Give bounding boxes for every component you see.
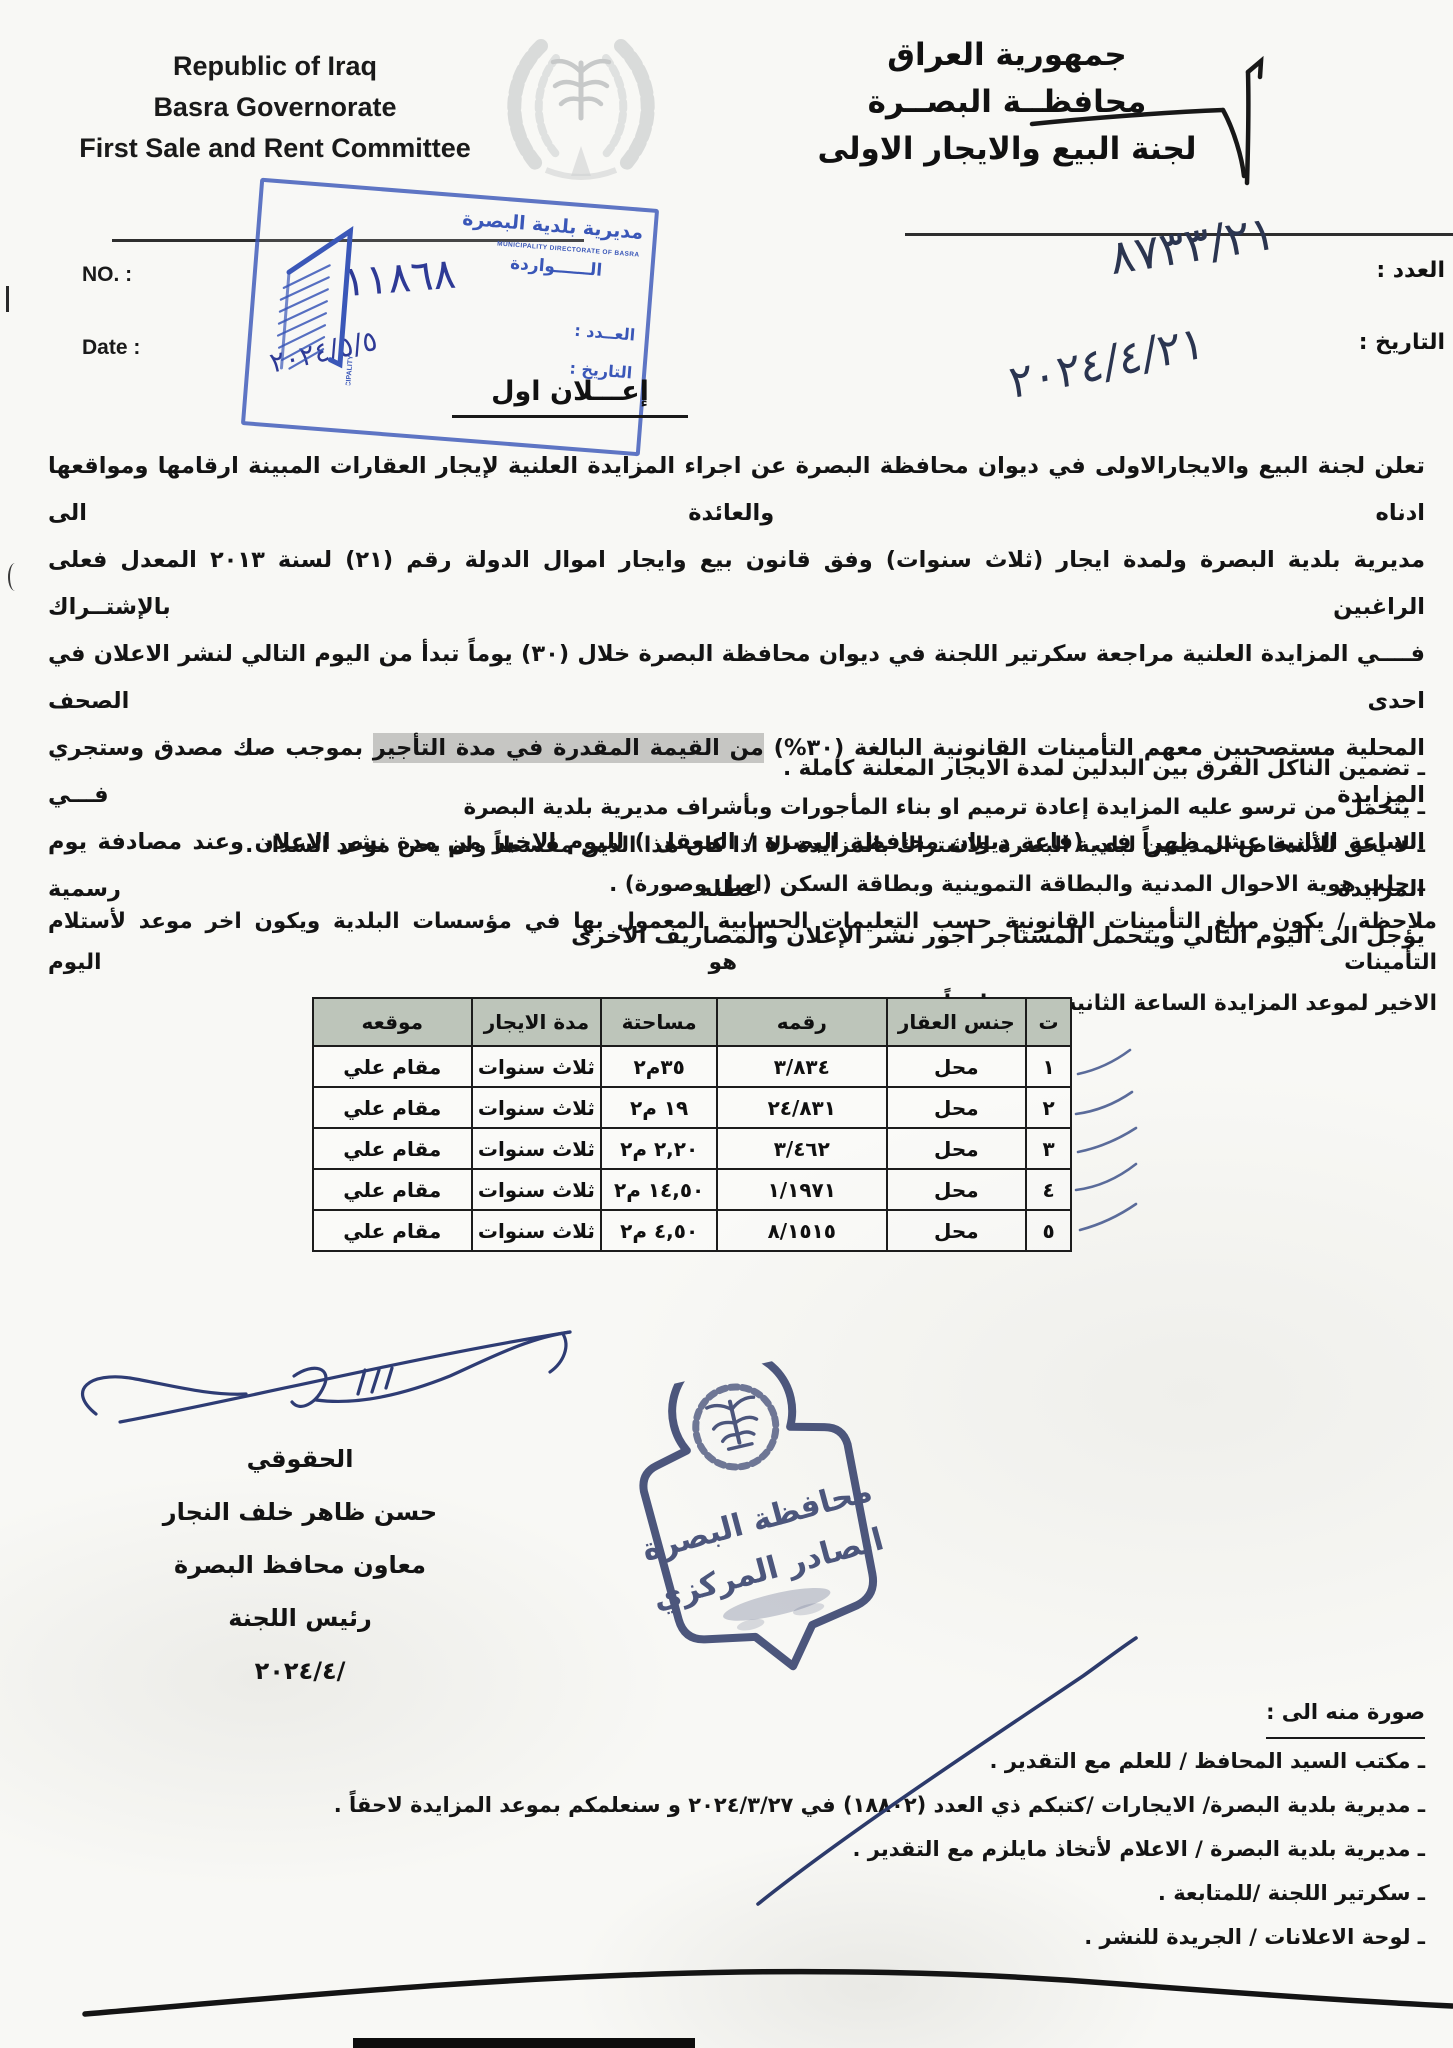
col-header-no: ت — [1026, 998, 1071, 1046]
table-row: ٣ محل ٣/٤٦٢ ٢,٢٠ م٢ ثلاث سنوات مقام علي — [313, 1128, 1071, 1169]
signatory-title: الحقوقي — [130, 1433, 470, 1486]
cell-location: مقام علي — [313, 1169, 472, 1210]
header-en-line2: Basra Governorate — [70, 87, 480, 128]
cell-area: ١٩ م٢ — [601, 1087, 717, 1128]
cell-area: ٤,٥٠ م٢ — [601, 1210, 717, 1251]
cell-no: ٤ — [1026, 1169, 1071, 1210]
cell-area: ٣٥م٢ — [601, 1046, 717, 1087]
handwritten-document-number: ٨٧٣٣/٢١ — [1106, 185, 1411, 286]
distribution-title: صورة منه الى : — [1266, 1690, 1425, 1739]
municipality-logo-icon: BASRA MUNICIPALITY — [259, 209, 390, 388]
cell-number: ٨/١٥١٥ — [717, 1210, 886, 1251]
no-label: NO. : — [82, 263, 132, 287]
municipality-logo-side-text: BASRA MUNICIPALITY — [342, 355, 355, 388]
pen-scribble-mark — [1020, 50, 1270, 200]
scan-artifact-strip — [353, 2038, 695, 2048]
cell-number: ٣/٨٣٤ — [717, 1046, 886, 1087]
scanned-document-page: Republic of Iraq Basra Governorate First… — [0, 0, 1453, 2048]
conditions-list: ـ تضمين الناكل الفرق بين البدلين لمدة ال… — [48, 750, 1425, 904]
col-header-type: جنس العقار — [887, 998, 1027, 1046]
cell-no: ٥ — [1026, 1210, 1071, 1251]
condition-item-3: ـ لا يحق للأشخاص المدينين لبلدية البصرة … — [48, 827, 1425, 866]
body-line-1: تعلن لجنة البيع والايجارالاولى في ديوان … — [48, 443, 1425, 537]
cell-type: محل — [887, 1128, 1027, 1169]
condition-item-1: ـ تضمين الناكل الفرق بين البدلين لمدة ال… — [48, 750, 1425, 789]
cell-duration: ثلاث سنوات — [472, 1087, 602, 1128]
cell-type: محل — [887, 1087, 1027, 1128]
table-row: ٥ محل ٨/١٥١٥ ٤,٥٠ م٢ ثلاث سنوات مقام علي — [313, 1210, 1071, 1251]
properties-table: ت جنس العقار رقمه مساحتة مدة الايجار موق… — [312, 997, 1072, 1252]
cell-type: محل — [887, 1210, 1027, 1251]
cell-location: مقام علي — [313, 1128, 472, 1169]
handwritten-date: ٢٠٢٤/٤/٢١ — [1006, 280, 1373, 410]
col-header-location: موقعه — [313, 998, 472, 1046]
cell-duration: ثلاث سنوات — [472, 1210, 602, 1251]
cell-area: ١٤,٥٠ م٢ — [601, 1169, 717, 1210]
iraq-emblem-watermark-icon — [486, 28, 676, 193]
cell-number: ٣/٤٦٢ — [717, 1128, 886, 1169]
cell-no: ٢ — [1026, 1087, 1071, 1128]
col-header-area: مساحتة — [601, 998, 717, 1046]
signatory-name: حسن ظاهر خلف النجار — [130, 1486, 470, 1539]
condition-item-4: ـ جلب هوية الاحوال المدنية والبطاقة التم… — [48, 866, 1425, 905]
header-en-line1: Republic of Iraq — [70, 46, 480, 87]
signatory-role-2: رئيس اللجنة — [130, 1592, 470, 1645]
cell-location: مقام علي — [313, 1087, 472, 1128]
cell-no: ٣ — [1026, 1128, 1071, 1169]
signature-scribble — [58, 1312, 588, 1452]
cell-no: ١ — [1026, 1046, 1071, 1087]
cell-type: محل — [887, 1169, 1027, 1210]
cell-number: ٢٤/٨٣١ — [717, 1087, 886, 1128]
signatory-role-1: معاون محافظ البصرة — [130, 1539, 470, 1592]
signature-block: الحقوقي حسن ظاهر خلف النجار معاون محافظ … — [130, 1433, 470, 1698]
header-en-line3: First Sale and Rent Committee — [70, 128, 480, 169]
scan-artifact-line — [0, 1950, 1453, 2025]
cell-duration: ثلاث سنوات — [472, 1046, 602, 1087]
col-header-duration: مدة الايجار — [472, 998, 602, 1046]
pen-stroke-diagonal — [738, 1618, 1158, 1918]
cell-duration: ثلاث سنوات — [472, 1169, 602, 1210]
cell-type: محل — [887, 1046, 1027, 1087]
body-line-3: فــــي المزايدة العلنية مراجعة سكرتير ال… — [48, 631, 1425, 725]
scan-artifact-paren — [8, 563, 22, 591]
cell-location: مقام علي — [313, 1210, 472, 1251]
body-line-2: مديرية بلدية البصرة ولمدة ايجار (ثلاث سن… — [48, 537, 1425, 631]
header-english: Republic of Iraq Basra Governorate First… — [70, 46, 480, 169]
cell-number: ١/١٩٧١ — [717, 1169, 886, 1210]
date-label-en: Date : — [82, 336, 140, 360]
note-line-1: ملاحظة / يكون مبلغ التأمينات القانونية ح… — [48, 901, 1437, 983]
number-label-ar: العدد : — [1376, 258, 1445, 283]
intake-stamp-org-ar: مديرية بلدية البصرة — [462, 208, 644, 244]
announcement-title: إعـــلان اول — [452, 376, 688, 418]
pen-checkmarks — [1068, 1022, 1163, 1252]
table-row: ٤ محل ١/١٩٧١ ١٤,٥٠ م٢ ثلاث سنوات مقام عل… — [313, 1169, 1071, 1210]
intake-stamp-incoming-label: الــــــواردة — [509, 254, 602, 281]
col-header-number: رقمه — [717, 998, 886, 1046]
condition-item-2: ـ يتحمل من ترسو عليه المزايدة إعادة ترمي… — [48, 789, 1425, 828]
intake-stamp-number-label: العــدد : — [574, 321, 636, 345]
table-row: ٢ محل ٢٤/٨٣١ ١٩ م٢ ثلاث سنوات مقام علي — [313, 1087, 1071, 1128]
scan-artifact-tick — [6, 286, 9, 312]
table-row: ١ محل ٣/٨٣٤ ٣٥م٢ ثلاث سنوات مقام علي — [313, 1046, 1071, 1087]
cell-duration: ثلاث سنوات — [472, 1128, 602, 1169]
cell-area: ٢,٢٠ م٢ — [601, 1128, 717, 1169]
table-header-row: ت جنس العقار رقمه مساحتة مدة الايجار موق… — [313, 998, 1071, 1046]
date-label-ar: التاريخ : — [1359, 330, 1445, 355]
cell-location: مقام علي — [313, 1046, 472, 1087]
